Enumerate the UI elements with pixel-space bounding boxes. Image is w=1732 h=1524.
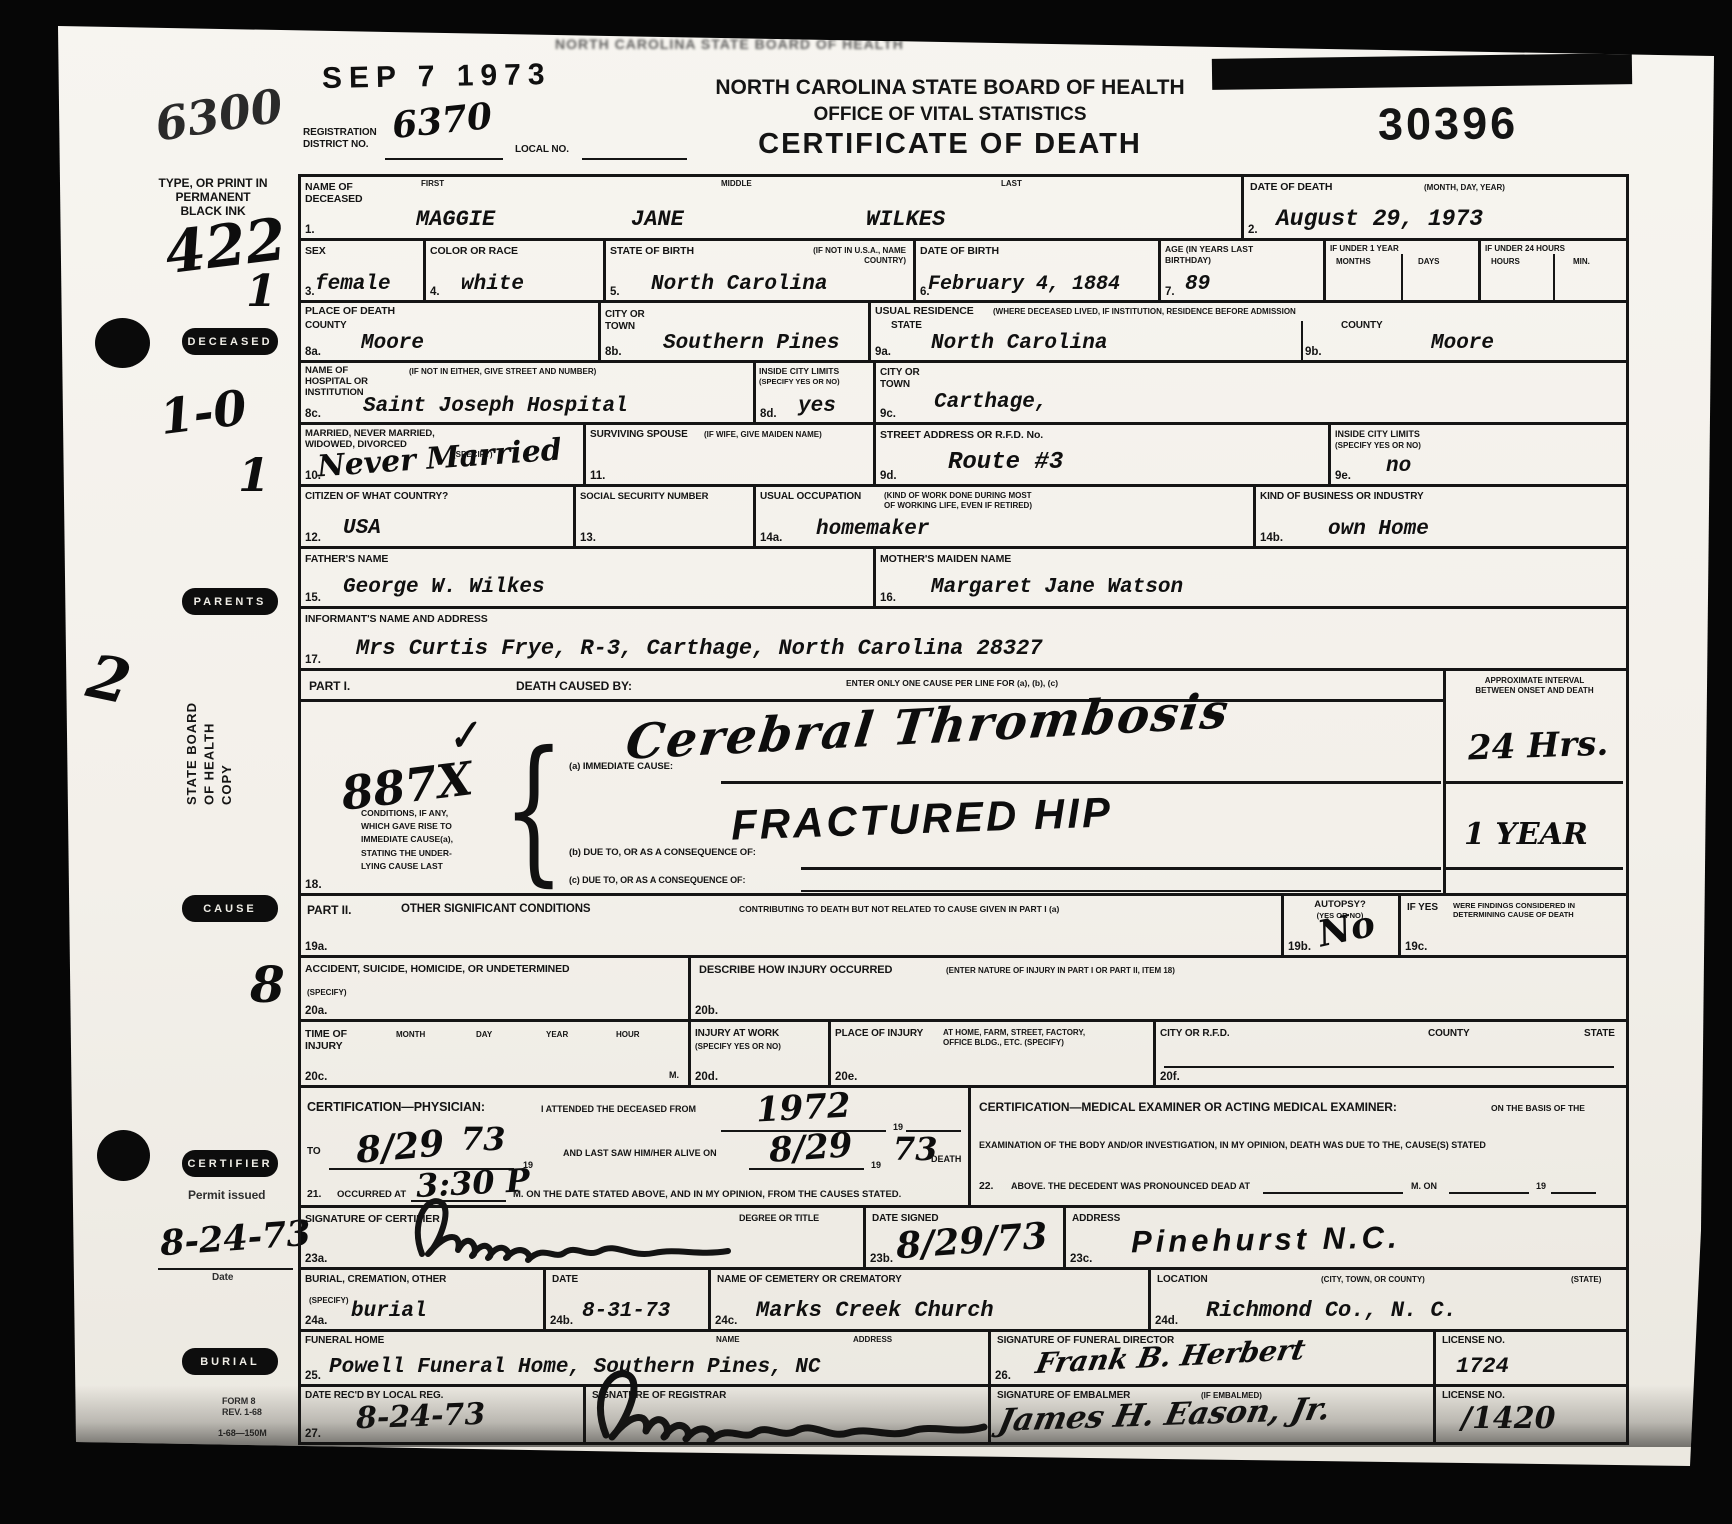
local-no-label: LOCAL NO. (515, 144, 569, 156)
certifier-address-label: ADDRESS (1072, 1213, 1120, 1225)
accident-label: ACCIDENT, SUICIDE, HOMICIDE, OR UNDETERM… (305, 963, 615, 975)
field-mother-name: MOTHER'S MAIDEN NAME 16. Margaret Jane W… (876, 549, 1626, 609)
margin-code-8: 8 (250, 955, 285, 1014)
burial-date-label: DATE (552, 1274, 578, 1286)
burial-type-value: burial (351, 1300, 427, 1323)
residence-state-label: STATE (891, 320, 922, 332)
field-17-num: 17. (305, 654, 321, 666)
field-20e-num: 20e. (835, 1071, 857, 1083)
section-part2: PART II. OTHER SIGNIFICANT CONDITIONS CO… (301, 896, 1284, 958)
field-9e-num: 9e. (1335, 470, 1351, 482)
part2-title: OTHER SIGNIFICANT CONDITIONS (401, 903, 591, 917)
occupation-value: homemaker (816, 518, 929, 541)
under-1-year-divider (1401, 254, 1403, 300)
age-label: AGE (IN YEARS LAST BIRTHDAY) (1165, 244, 1253, 265)
location-value: Richmond Co., N. C. (1206, 1298, 1457, 1323)
funeral-address-header: ADDRESS (853, 1335, 892, 1345)
field-7-num: 7. (1165, 286, 1175, 298)
due-to-c-label: (c) DUE TO, OR AS A CONSEQUENCE OF: (569, 875, 745, 886)
agency-name: NORTH CAROLINA STATE BOARD OF HEALTH (450, 76, 1450, 100)
funeral-home-label: FUNERAL HOME (305, 1335, 384, 1347)
field-9b-num: 9b. (1305, 346, 1322, 358)
location-label: LOCATION (1157, 1274, 1208, 1286)
funeral-name-header: NAME (716, 1335, 740, 1345)
field-14b-num: 14b. (1260, 532, 1283, 544)
burial-type-label: BURIAL, CREMATION, OTHER (305, 1274, 465, 1286)
inside-city-limits-value: yes (798, 395, 836, 418)
field-sex: SEX 3. female (301, 241, 426, 303)
field-3-num: 3. (305, 286, 315, 298)
describe-injury-sub: (ENTER NATURE OF INJURY IN PART I OR PAR… (946, 966, 1175, 976)
mother-value: Margaret Jane Watson (931, 576, 1183, 599)
date-of-birth-label: DATE OF BIRTH (920, 245, 999, 257)
injury-state-label: STATE (1584, 1028, 1615, 1040)
injury-city-line (1164, 1066, 1614, 1068)
field-if-under-1-year: IF UNDER 1 YEAR MONTHS DAYS (1326, 241, 1481, 303)
to-year-value: 73 (461, 1120, 506, 1158)
pod-city-value: Southern Pines (663, 332, 839, 355)
field-cemetery-location: LOCATION (CITY, TOWN, OR COUNTY) (STATE)… (1151, 1270, 1626, 1332)
interval-b-value: 1 YEAR (1464, 817, 1588, 852)
field-funeral-director-signature: SIGNATURE OF FUNERAL DIRECTOR 26. Frank … (991, 1332, 1436, 1387)
tab-cause-label: CAUSE (203, 903, 257, 915)
field-burial-date: DATE 24b. 8-31-73 (546, 1270, 711, 1332)
field-inside-city-limits-8d: INSIDE CITY LIMITS (SPECIFY YES OR NO) 8… (756, 363, 876, 425)
m-on-label: M. ON (1411, 1181, 1437, 1192)
part1-label: PART I. (309, 679, 350, 693)
last-saw-year-prefix: 19 (871, 1160, 881, 1171)
location-sub2: (STATE) (1571, 1275, 1601, 1285)
field-14a-num: 14a. (760, 532, 782, 544)
hospital-label: NAME OF HOSPITAL OR INSTITUTION (305, 365, 368, 399)
race-value: white (461, 273, 524, 296)
min-header: MIN. (1573, 257, 1590, 267)
industry-label: KIND OF BUSINESS OR INDUSTRY (1260, 491, 1424, 503)
spouse-label: SURVIVING SPOUSE (590, 429, 688, 441)
date-of-death-label: DATE OF DEATH (1250, 181, 1332, 193)
hospital-value: Saint Joseph Hospital (363, 395, 628, 418)
field-surviving-spouse: SURVIVING SPOUSE (IF WIFE, GIVE MAIDEN N… (586, 425, 876, 487)
permit-date-underline (158, 1268, 293, 1270)
field-23a-num: 23a. (305, 1253, 327, 1265)
state-of-birth-label: STATE OF BIRTH (610, 245, 694, 257)
hospital-sub: (IF NOT IN EITHER, GIVE STREET AND NUMBE… (409, 367, 596, 377)
tab-burial-label: BURIAL (200, 1356, 260, 1368)
examiner-line3: ABOVE. THE DECEDENT WAS PRONOUNCED DEAD … (1011, 1181, 1250, 1192)
field-16-num: 16. (880, 592, 896, 604)
field-23b-num: 23b. (870, 1253, 893, 1265)
informant-value: Mrs Curtis Frye, R-3, Carthage, North Ca… (356, 636, 1043, 661)
findings-label: IF YES (1407, 902, 1438, 914)
field-describe-injury: DESCRIBE HOW INJURY OCCURRED (ENTER NATU… (691, 958, 1626, 1022)
conditions-brace: { (503, 719, 565, 902)
field-burial-type: BURIAL, CREMATION, OTHER (SPECIFY) 24a. … (301, 1270, 546, 1332)
hole-punch-top (95, 318, 150, 368)
pronounced-date-line (1449, 1192, 1529, 1194)
field-12-num: 12. (305, 532, 321, 544)
field-23c-num: 23c. (1070, 1253, 1092, 1265)
pronounced-year-prefix: 19 (1536, 1181, 1546, 1192)
burial-type-sub: (SPECIFY) (309, 1296, 349, 1306)
scan-bottom-shadow (58, 1385, 1708, 1447)
tab-parents: PARENTS (182, 588, 278, 615)
industry-value: own Home (1328, 518, 1429, 541)
field-24b-num: 24b. (550, 1315, 573, 1327)
due-to-b-line (801, 867, 1441, 870)
m-label: M. (669, 1070, 679, 1081)
immediate-cause-value: Cerebral Thrombosis (623, 683, 1233, 771)
field-name-of-deceased: NAME OF DECEASED FIRST MIDDLE LAST 1. MA… (301, 177, 1244, 241)
field-signature-certifier: SIGNATURE OF CERTIFIER DEGREE OR TITLE 2… (301, 1208, 866, 1270)
field-9c-num: 9c. (880, 408, 896, 420)
field-19a-num: 19a. (305, 941, 327, 953)
certifier-signature (406, 1190, 736, 1270)
field-hospital: NAME OF HOSPITAL OR INSTITUTION (IF NOT … (301, 363, 756, 425)
field-13-num: 13. (580, 532, 596, 544)
cemetery-value: Marks Creek Church (756, 1298, 994, 1323)
time-of-injury-label: TIME OF INJURY (305, 1028, 347, 1053)
accident-sub: (SPECIFY) (307, 988, 347, 998)
basis-label: ON THE BASIS OF THE (1491, 1103, 1585, 1114)
last-saw-label: AND LAST SAW HIM/HER ALIVE ON (563, 1148, 717, 1159)
permit-date-caption: Date (212, 1272, 233, 1284)
occurred-label: OCCURRED AT (337, 1189, 406, 1201)
inside-city-limits-sub: (SPECIFY YES OR NO) (759, 377, 840, 386)
due-to-b-label: (b) DUE TO, OR AS A CONSEQUENCE OF: (569, 847, 756, 858)
year-header: YEAR (546, 1030, 568, 1040)
field-inside-city-limits-9e: INSIDE CITY LIMITS (SPECIFY YES OR NO) 9… (1331, 425, 1626, 487)
field-20b-num: 20b. (695, 1005, 718, 1017)
middle-name-value: JANE (631, 207, 684, 232)
hours-header: HOURS (1491, 257, 1520, 267)
under-1-year-label: IF UNDER 1 YEAR (1330, 244, 1399, 254)
spouse-sub: (IF WIFE, GIVE MAIDEN NAME) (704, 430, 822, 440)
residence-city-value: Carthage, (934, 391, 1047, 414)
field-place-of-injury: PLACE OF INJURY AT HOME, FARM, STREET, F… (831, 1022, 1156, 1088)
state-of-birth-value: North Carolina (651, 273, 827, 296)
director-license-value: 1724 (1456, 1354, 1509, 1379)
degree-label: DEGREE OR TITLE (739, 1213, 819, 1224)
tab-deceased-label: DECEASED (187, 336, 272, 348)
date-of-birth-value: February 4, 1884 (928, 273, 1120, 296)
field-19c-num: 19c. (1405, 941, 1427, 953)
part2-label: PART II. (307, 903, 351, 917)
physician-title: CERTIFICATION—PHYSICIAN: (307, 1100, 485, 1115)
field-age: AGE (IN YEARS LAST BIRTHDAY) 7. 89 (1161, 241, 1326, 303)
occupation-sub: (KIND OF WORK DONE DURING MOST OF WORKIN… (884, 491, 1032, 511)
permit-issued-label: Permit issued (188, 1188, 265, 1202)
last-name-value: WILKES (866, 207, 945, 232)
field-date-of-death: DATE OF DEATH (MONTH, DAY, YEAR) 2. Augu… (1244, 177, 1626, 241)
under-24-hours-divider (1553, 254, 1555, 300)
field-father-name: FATHER'S NAME 15. George W. Wilkes (301, 549, 876, 609)
field-injury-at-work: INJURY AT WORK (SPECIFY YES OR NO) 20d. (691, 1022, 831, 1088)
field-industry: KIND OF BUSINESS OR INDUSTRY 14b. own Ho… (1256, 487, 1626, 549)
part2-sub: CONTRIBUTING TO DEATH BUT NOT RELATED TO… (739, 904, 1059, 915)
field-street-address: STREET ADDRESS OR R.F.D. No. 9d. Route #… (876, 425, 1331, 487)
field-certifier-address: ADDRESS 23c. Pinehurst N.C. (1066, 1208, 1626, 1270)
cemetery-label: NAME OF CEMETERY OR CREMATORY (717, 1274, 902, 1286)
pronounced-line (1263, 1192, 1403, 1194)
field-place-of-death-county: PLACE OF DEATH COUNTY 8a. Moore (301, 303, 601, 363)
field-8c-num: 8c. (305, 408, 321, 420)
margin-code-1a: 1 (246, 266, 277, 317)
date-of-death-value: August 29, 1973 (1276, 206, 1483, 232)
days-header: DAYS (1418, 257, 1440, 267)
inside-city-limits-label: INSIDE CITY LIMITS (759, 366, 839, 377)
margin-code-1b: 1 (238, 448, 270, 502)
injury-at-work-sub: (SPECIFY YES OR NO) (695, 1042, 781, 1052)
usual-residence-label: USUAL RESIDENCE (875, 305, 974, 317)
injury-city-label: CITY OR R.F.D. (1160, 1028, 1230, 1040)
injury-at-work-label: INJURY AT WORK (695, 1028, 779, 1040)
field-residence-city: CITY OR TOWN 9c. Carthage, (876, 363, 1626, 425)
margin-code-2: 2 (81, 641, 136, 718)
residence-cell-divider (1301, 321, 1303, 363)
scanned-death-certificate: { "colors": {"paper": "#f4f1ea", "ink": … (0, 0, 1732, 1524)
field-director-license: LICENSE NO. 1724 (1436, 1332, 1626, 1387)
form-title: CERTIFICATE OF DEATH (450, 128, 1450, 161)
race-label: COLOR OR RACE (430, 245, 518, 257)
place-of-injury-label: PLACE OF INJURY (835, 1028, 923, 1040)
field-15-num: 15. (305, 592, 321, 604)
field-5-num: 5. (610, 286, 620, 298)
field-date-of-birth: DATE OF BIRTH 6. February 4, 1884 (916, 241, 1161, 303)
ssn-label: SOCIAL SECURITY NUMBER (580, 491, 708, 502)
injury-county-label: COUNTY (1428, 1028, 1470, 1040)
due-to-b-value: FRACTURED HIP (730, 788, 1113, 849)
place-of-death-label: PLACE OF DEATH (305, 305, 395, 317)
age-value: 89 (1185, 273, 1210, 296)
certificate-page: NORTH CAROLINA STATE BOARD OF HEALTH SEP… (0, 0, 1732, 1524)
interval-header: APPROXIMATE INTERVAL BETWEEN ONSET AND D… (1452, 676, 1617, 696)
conditions-note: CONDITIONS, IF ANY, WHICH GAVE RISE TO I… (361, 807, 506, 873)
location-sub: (CITY, TOWN, OR COUNTY) (1321, 1275, 1425, 1285)
field-8d-num: 8d. (760, 408, 777, 420)
tab-certifier-label: CERTIFIER (187, 1158, 272, 1170)
interval-a-value: 24 Hrs. (1467, 724, 1608, 769)
burial-date-value: 8-31-73 (582, 1300, 670, 1323)
field-place-of-death-city: CITY OR TOWN 8b. Southern Pines (601, 303, 871, 363)
field-accident: ACCIDENT, SUICIDE, HOMICIDE, OR UNDETERM… (301, 958, 691, 1022)
field-20c-num: 20c. (305, 1071, 327, 1083)
field-20d-num: 20d. (695, 1071, 718, 1083)
months-header: MONTHS (1336, 257, 1371, 267)
section-part1: PART I. DEATH CAUSED BY: ENTER ONLY ONE … (301, 671, 1446, 896)
field-occupation: USUAL OCCUPATION (KIND OF WORK DONE DURI… (756, 487, 1256, 549)
registration-underline (385, 158, 503, 160)
pod-city-label: CITY OR TOWN (605, 309, 645, 333)
residence-county-value: Moore (1431, 332, 1494, 355)
last-saw-value: 8/29 (768, 1125, 854, 1171)
day-header: DAY (476, 1030, 492, 1040)
street-value: Route #3 (948, 449, 1063, 476)
field-19b-num: 19b. (1288, 941, 1311, 953)
mother-label: MOTHER'S MAIDEN NAME (880, 553, 1011, 565)
place-of-injury-sub: AT HOME, FARM, STREET, FACTORY, OFFICE B… (943, 1028, 1085, 1048)
informant-label: INFORMANT'S NAME AND ADDRESS (305, 613, 488, 625)
tab-parents-label: PARENTS (194, 596, 267, 608)
pod-county-value: Moore (361, 332, 424, 355)
first-name-value: MAGGIE (416, 207, 495, 232)
examiner-line2: EXAMINATION OF THE BODY AND/OR INVESTIGA… (979, 1140, 1486, 1151)
field-date-signed: DATE SIGNED 23b. 8/29/73 (866, 1208, 1066, 1270)
field-residence-state: USUAL RESIDENCE (WHERE DECEASED LIVED, I… (871, 303, 1301, 363)
last-header: LAST (1001, 179, 1022, 189)
under-24-hours-label: IF UNDER 24 HOURS (1485, 244, 1565, 254)
attended-label: I ATTENDED THE DECEASED FROM (541, 1104, 696, 1115)
field-4-num: 4. (430, 286, 440, 298)
field-24c-num: 24c. (715, 1315, 737, 1327)
field-autopsy: AUTOPSY? (YES OR NO) 19b. No (1284, 896, 1401, 958)
field-state-of-birth: STATE OF BIRTH (IF NOT IN U.S.A., NAME C… (606, 241, 916, 303)
interval-line-a (1446, 781, 1623, 784)
permit-date: 8-24-73 (159, 1213, 312, 1264)
state-of-birth-sub: (IF NOT IN U.S.A., NAME COUNTRY) (711, 246, 906, 266)
death-word: DEATH (931, 1154, 961, 1165)
field-marital-status: MARRIED, NEVER MARRIED, WIDOWED, DIVORCE… (301, 425, 586, 487)
field-24d-num: 24d. (1155, 1315, 1178, 1327)
to-value: 8/29 (354, 1122, 446, 1172)
residence-city-label: CITY OR TOWN (880, 367, 920, 391)
inside-city-limits-9e-label: INSIDE CITY LIMITS (1335, 429, 1420, 440)
field-if-under-24-hours: IF UNDER 24 HOURS HOURS MIN. (1481, 241, 1626, 303)
pronounced-year-line (1551, 1192, 1596, 1194)
field-residence-county: COUNTY 9b. Moore (1301, 303, 1626, 363)
month-header: MONTH (396, 1030, 425, 1040)
street-label: STREET ADDRESS OR R.F.D. No. (880, 429, 1043, 441)
usual-residence-sub: (WHERE DECEASED LIVED, IF INSTITUTION, R… (993, 307, 1296, 317)
director-license-label: LICENSE NO. (1442, 1335, 1505, 1347)
findings-sub: WERE FINDINGS CONSIDERED IN DETERMINING … (1453, 901, 1621, 920)
residence-state-value: North Carolina (931, 332, 1107, 355)
field-21-num: 21. (307, 1188, 321, 1200)
sex-label: SEX (305, 245, 326, 257)
father-value: George W. Wilkes (343, 576, 545, 599)
name-label: NAME OF DECEASED (305, 181, 363, 206)
field-findings: IF YES WERE FINDINGS CONSIDERED IN DETER… (1401, 896, 1626, 958)
certifier-address-value: Pinehurst N.C. (1131, 1220, 1401, 1261)
first-header: FIRST (421, 179, 444, 189)
pod-county-label: COUNTY (305, 320, 347, 332)
certificate-number: 30396 (1378, 97, 1519, 150)
citizen-value: USA (343, 517, 381, 540)
field-1-num: 1. (305, 224, 315, 236)
attended-value: 1972 (755, 1086, 852, 1131)
tab-deceased: DECEASED (182, 328, 278, 355)
death-caused-by-label: DEATH CAUSED BY: (516, 679, 632, 693)
part1-instruction: ENTER ONLY ONE CAUSE PER LINE FOR (a), (… (846, 678, 1058, 689)
field-20a-num: 20a. (305, 1005, 327, 1017)
copy-type-label: STATE BOARD OF HEALTH COPY (183, 695, 236, 805)
office-name: OFFICE OF VITAL STATISTICS (450, 104, 1450, 126)
bleed-through-text: NORTH CAROLINA STATE BOARD OF HEALTH (555, 36, 1075, 53)
section-certification-examiner: CERTIFICATION—MEDICAL EXAMINER OR ACTING… (971, 1088, 1626, 1208)
immediate-cause-line (721, 781, 1441, 784)
field-18-num: 18. (305, 877, 322, 891)
field-2-num: 2. (1248, 224, 1258, 236)
field-injury-city: CITY OR R.F.D. COUNTY STATE 20f. (1156, 1022, 1626, 1088)
field-citizen: CITIZEN OF WHAT COUNTRY? 12. USA (301, 487, 576, 549)
interval-line-b (1446, 867, 1623, 870)
field-25-num: 25. (305, 1370, 321, 1382)
field-24a-num: 24a. (305, 1315, 327, 1327)
margin-code-top: 6300 (152, 78, 287, 151)
section-interval: APPROXIMATE INTERVAL BETWEEN ONSET AND D… (1446, 671, 1626, 896)
tab-burial: BURIAL (182, 1348, 278, 1375)
to-label: TO (307, 1146, 321, 1159)
field-9a-num: 9a. (875, 346, 891, 358)
death-certificate-form: NAME OF DECEASED FIRST MIDDLE LAST 1. MA… (298, 174, 1629, 1445)
occupation-label: USUAL OCCUPATION (760, 491, 861, 503)
field-9d-num: 9d. (880, 470, 897, 482)
tab-certifier: CERTIFIER (182, 1150, 278, 1177)
father-label: FATHER'S NAME (305, 553, 388, 565)
margin-code-1-0: 1-0 (157, 380, 250, 446)
field-informant: INFORMANT'S NAME AND ADDRESS 17. Mrs Cur… (301, 609, 1626, 671)
inside-city-limits-9e-sub: (SPECIFY YES OR NO) (1335, 441, 1421, 451)
field-22-num: 22. (979, 1180, 993, 1192)
residence-county-label: COUNTY (1341, 320, 1383, 332)
inside-city-limits-9e-value: no (1386, 455, 1411, 478)
date-of-death-sub: (MONTH, DAY, YEAR) (1424, 183, 1505, 193)
citizen-label: CITIZEN OF WHAT COUNTRY? (305, 491, 448, 503)
field-8b-num: 8b. (605, 346, 622, 358)
field-20f-num: 20f. (1160, 1071, 1180, 1083)
field-8a-num: 8a. (305, 346, 321, 358)
sex-value: female (315, 273, 391, 296)
field-race: COLOR OR RACE 4. white (426, 241, 606, 303)
hour-header: HOUR (616, 1030, 640, 1040)
tab-cause: CAUSE (182, 895, 278, 922)
due-to-c-line (801, 890, 1441, 892)
hole-punch-bottom (97, 1130, 150, 1181)
field-cemetery: NAME OF CEMETERY OR CREMATORY 24c. Marks… (711, 1270, 1151, 1332)
field-ssn: SOCIAL SECURITY NUMBER 13. (576, 487, 756, 549)
field-time-of-injury: TIME OF INJURY MONTH DAY YEAR HOUR 20c. … (301, 1022, 691, 1088)
middle-header: MIDDLE (721, 179, 752, 189)
examiner-title: CERTIFICATION—MEDICAL EXAMINER OR ACTING… (979, 1100, 1397, 1114)
local-no-underline (582, 158, 687, 160)
registration-district-label: REGISTRATION DISTRICT NO. (303, 127, 377, 151)
describe-injury-label: DESCRIBE HOW INJURY OCCURRED (699, 964, 892, 977)
field-11-num: 11. (590, 470, 605, 482)
